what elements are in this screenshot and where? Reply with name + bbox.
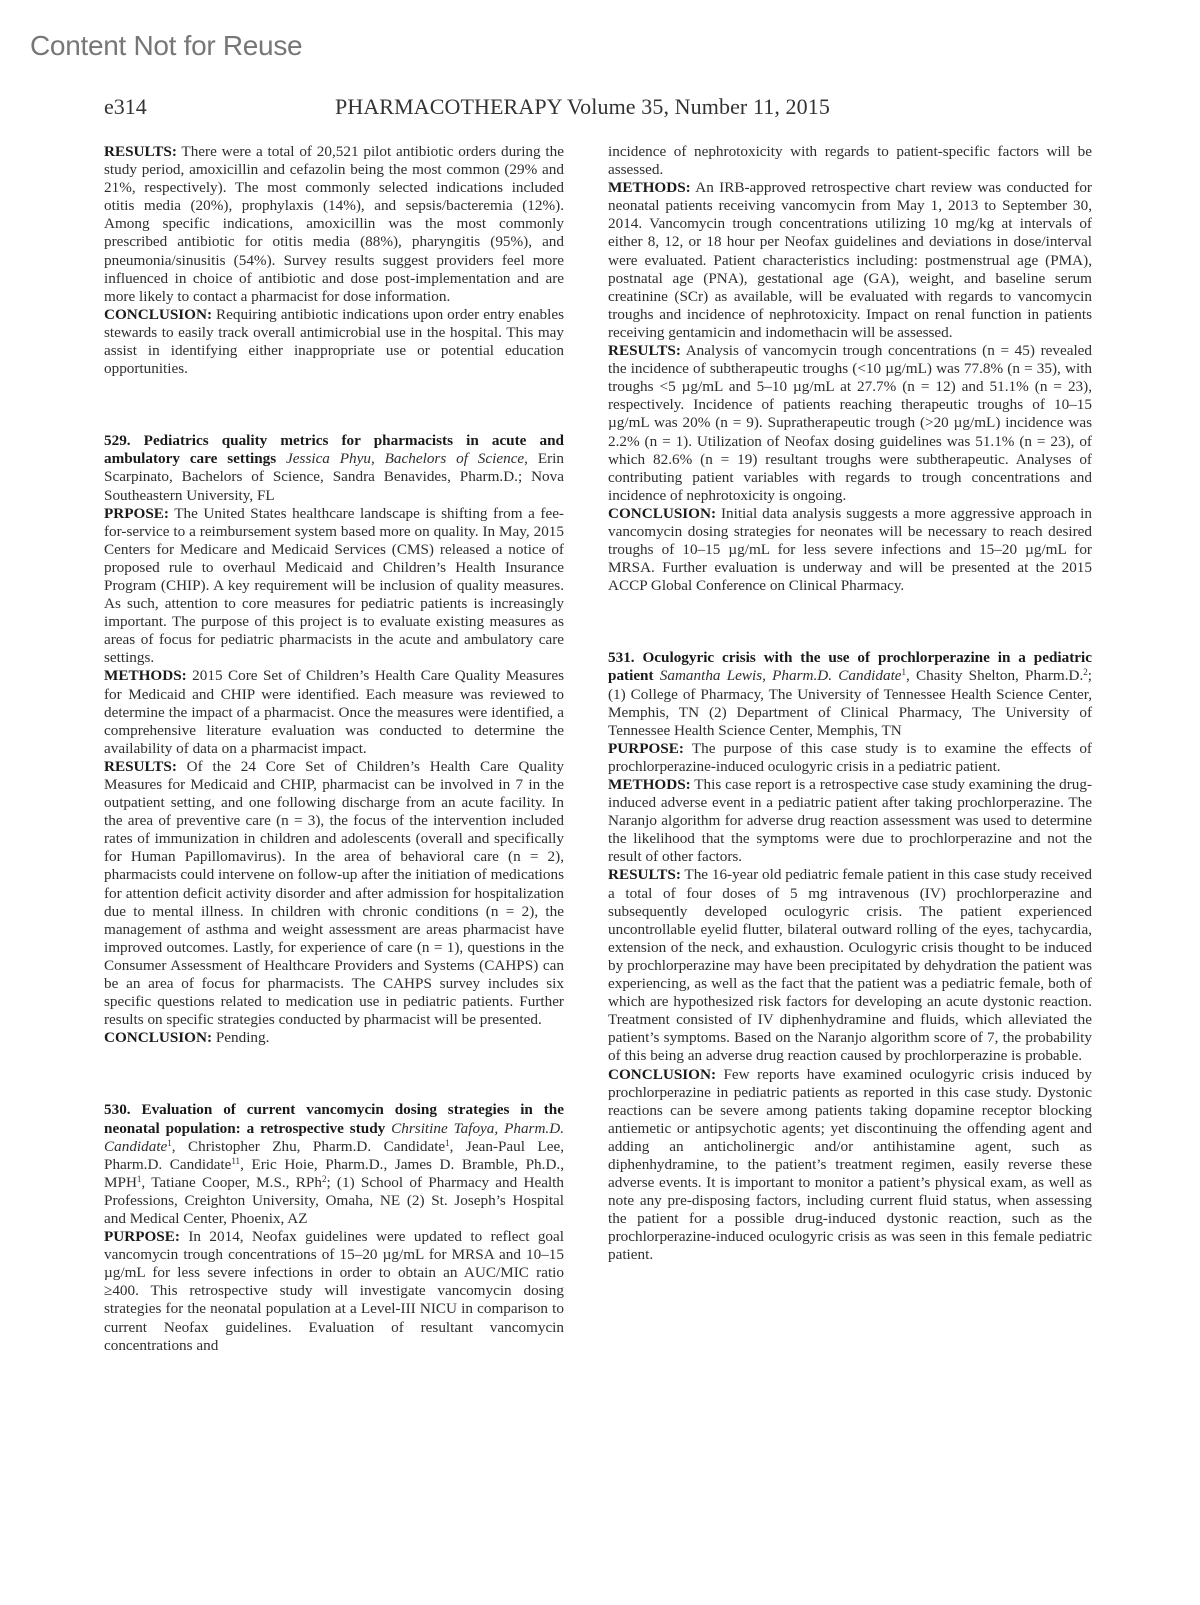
section-label: PRPOSE: <box>104 505 169 522</box>
first-author: Jessica Phyu, Bachelors of Science <box>286 450 524 467</box>
results-section: RESULTS: Of the 24 Core Set of Children’… <box>104 758 564 1029</box>
first-author: Samantha Lewis, Pharm.D. Candidate <box>660 667 902 684</box>
abstract-530-continued: incidence of nephrotoxicity with regards… <box>608 143 1092 595</box>
journal-title: PHARMACOTHERAPY Volume 35, Number 11, 20… <box>335 94 830 120</box>
methods-section: METHODS: 2015 Core Set of Children’s Hea… <box>104 667 564 757</box>
results-section: RESULTS: The 16-year old pediatric femal… <box>608 866 1092 1065</box>
section-label: METHODS: <box>608 776 691 793</box>
abstract-530: 530. Evaluation of current vancomycin do… <box>104 1101 564 1354</box>
running-head: e314 PHARMACOTHERAPY Volume 35, Number 1… <box>104 94 1092 124</box>
results-section: RESULTS: Analysis of vancomycin trough c… <box>608 342 1092 505</box>
section-label: CONCLUSION: <box>608 505 716 522</box>
purpose-section: PURPOSE: In 2014, Neofax guidelines were… <box>104 1228 564 1355</box>
abstract-heading: 529. Pediatrics quality metrics for phar… <box>104 432 564 504</box>
section-label: METHODS: <box>608 179 691 196</box>
section-text: Analysis of vancomycin trough concentrat… <box>608 342 1092 504</box>
section-label: METHODS: <box>104 667 187 684</box>
section-label: PURPOSE: <box>104 1228 180 1245</box>
author-entry: , Christopher Zhu, Pharm.D. Candidate <box>172 1138 445 1155</box>
section-text: The United States healthcare landscape i… <box>104 505 564 667</box>
author-entry: , Chasity Shelton, Pharm.D. <box>906 667 1083 684</box>
watermark: Content Not for Reuse <box>30 30 302 62</box>
conclusion-section: CONCLUSION: Few reports have examined oc… <box>608 1066 1092 1265</box>
section-text: Few reports have examined oculogyric cri… <box>608 1066 1092 1264</box>
conclusion-section: CONCLUSION: Requiring antibiotic indicat… <box>104 306 564 378</box>
conclusion-section: CONCLUSION: Initial data analysis sugges… <box>608 505 1092 595</box>
section-label: RESULTS: <box>608 866 681 883</box>
section-text: There were a total of 20,521 pilot antib… <box>104 143 564 305</box>
conclusion-section: CONCLUSION: Pending. <box>104 1029 564 1047</box>
abstract-529: 529. Pediatrics quality metrics for phar… <box>104 432 564 1047</box>
section-label: CONCLUSION: <box>608 1066 716 1083</box>
page-number: e314 <box>104 94 147 120</box>
section-label: RESULTS: <box>104 758 177 775</box>
abstract-heading: 531. Oculogyric crisis with the use of p… <box>608 649 1092 739</box>
section-label: CONCLUSION: <box>104 306 212 323</box>
section-label: PURPOSE: <box>608 740 684 757</box>
section-text: In 2014, Neofax guidelines were updated … <box>104 1228 564 1354</box>
author-entry: , Tatiane Cooper, M.S., RPh <box>141 1174 322 1191</box>
section-label: RESULTS: <box>608 342 681 359</box>
abstract-heading: 530. Evaluation of current vancomycin do… <box>104 1101 564 1228</box>
section-label: CONCLUSION: <box>104 1029 212 1046</box>
methods-section: METHODS: This case report is a retrospec… <box>608 776 1092 866</box>
methods-section: METHODS: An IRB-approved retrospective c… <box>608 179 1092 342</box>
results-section: RESULTS: There were a total of 20,521 pi… <box>104 143 564 306</box>
abstract-531: 531. Oculogyric crisis with the use of p… <box>608 649 1092 1264</box>
section-label: RESULTS: <box>104 143 177 160</box>
section-text: Of the 24 Core Set of Children’s Health … <box>104 758 564 1028</box>
purpose-section: PURPOSE: The purpose of this case study … <box>608 740 1092 776</box>
right-column: incidence of nephrotoxicity with regards… <box>608 143 1092 1265</box>
purpose-continued: incidence of nephrotoxicity with regards… <box>608 143 1092 179</box>
section-text: The 16-year old pediatric female patient… <box>608 866 1092 1064</box>
section-text: An IRB-approved retrospective chart revi… <box>608 179 1092 341</box>
purpose-section: PRPOSE: The United States healthcare lan… <box>104 505 564 668</box>
section-text: Pending. <box>212 1029 269 1046</box>
abstract-528-continued: RESULTS: There were a total of 20,521 pi… <box>104 143 564 378</box>
affiliation-marker: 11 <box>231 1156 240 1166</box>
left-column: RESULTS: There were a total of 20,521 pi… <box>104 143 564 1355</box>
